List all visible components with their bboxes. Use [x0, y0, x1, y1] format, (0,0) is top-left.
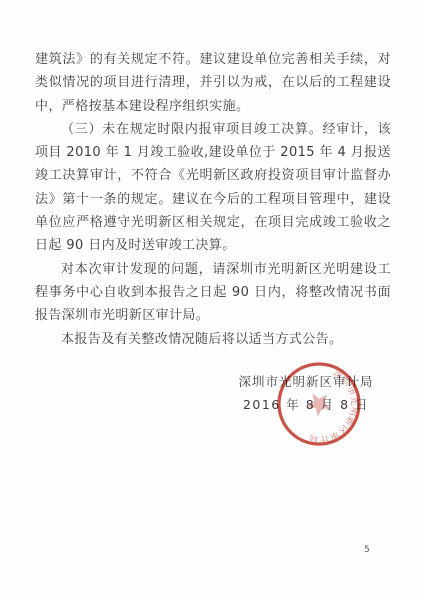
official-seal-stamp: 深圳市光明新区审计局 — [274, 359, 364, 449]
paragraph-building-law-conclusion: 建筑法》的有关规定不符。建议建设单位完善相关手续，对类似情况的项目进行清理，并引… — [35, 48, 391, 118]
paragraph-rectification-requirement: 对本次审计发现的问题，请深圳市光明新区光明建设工程事务中心自收到本报告之日起 9… — [35, 258, 391, 328]
seal-ring-text: 深圳市光明新区审计局 — [305, 367, 364, 449]
seal-rotated-group: 深圳市光明新区审计局 — [274, 359, 364, 449]
seal-star-icon — [305, 389, 335, 420]
paragraph-finding-three: （三）未在规定时限内报审项目竣工决算。经审计，该项目 2010 年 1 月竣工验… — [35, 118, 391, 258]
audit-report-scanned-page: 建筑法》的有关规定不符。建议建设单位完善相关手续，对类似情况的项目进行清理，并引… — [0, 0, 424, 600]
svg-text:深圳市光明新区审计局: 深圳市光明新区审计局 — [305, 367, 364, 449]
report-body: 建筑法》的有关规定不符。建议建设单位完善相关手续，对类似情况的项目进行清理，并引… — [35, 48, 391, 351]
page-number: 5 — [364, 545, 370, 555]
paragraph-public-announcement: 本报告及有关整改情况随后将以适当方式公告。 — [35, 328, 391, 351]
